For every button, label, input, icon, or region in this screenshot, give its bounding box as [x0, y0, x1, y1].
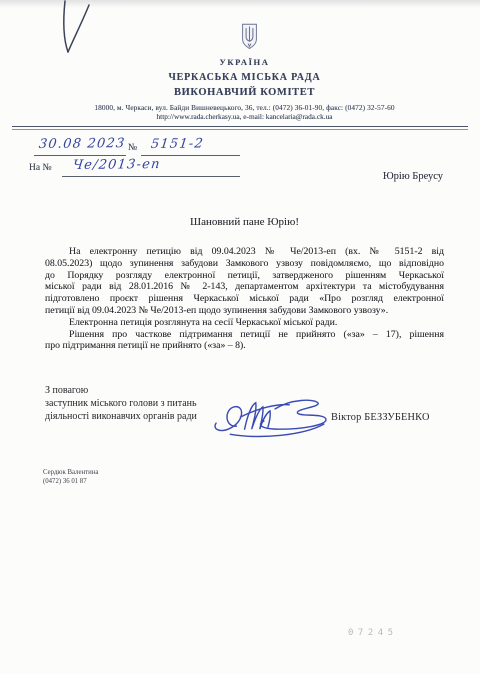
addressee-name: Юрію Бреусу	[383, 171, 443, 182]
body-line: міської ради від 28.01.2016 № 2-143, деп…	[45, 281, 444, 293]
executor-phone: (0472) 36 01 87	[43, 478, 87, 485]
executor-name: Сердюк Валентина	[43, 469, 98, 476]
handwritten-date: 30.08 2023	[38, 136, 126, 152]
date-underline	[34, 155, 126, 156]
body-line: до Порядку розгляду електронної петиції,…	[45, 270, 444, 282]
body-line: підготовлено проєкт рішення Черкаської м…	[45, 293, 444, 305]
body-line: петиції від 09.04.2023 № Че/2013-еп щодо…	[45, 305, 444, 317]
signature-scribble	[210, 392, 332, 442]
coat-of-arms-tryzub-icon	[241, 23, 258, 50]
body-line: Рішення про часткове підтримання петиції…	[45, 329, 444, 341]
salutation: Шановний пане Юрію!	[45, 216, 444, 228]
faint-stamp-digits: 07245	[348, 628, 398, 638]
body-line: На електронну петицію від 09.04.2023 № Ч…	[45, 246, 444, 258]
org-address-line: 18000, м. Черкаси, вул. Байди Вишневецьк…	[45, 103, 444, 112]
signatory-title-line1: заступник міського голови з питань	[45, 398, 197, 409]
body-line: 08.05.2023) щодо зупинення забудови Замк…	[45, 258, 444, 270]
body-line: про підтримання петиції не прийнято («за…	[45, 340, 444, 352]
org-contacts-line: http://www.rada.cherkasy.ua, e-mail: kan…	[45, 112, 444, 121]
header-divider	[12, 126, 468, 130]
closing-phrase: З повагою	[45, 385, 88, 396]
incoming-number-underline	[62, 176, 240, 177]
body-line: Електронна петиція розглянута на сесії Ч…	[45, 317, 444, 329]
handwritten-outgoing-number: 5151-2	[150, 136, 205, 152]
letter-body: На електронну петицію від 09.04.2023 № Ч…	[45, 246, 444, 352]
organization-name: ЧЕРКАСЬКА МІСЬКА РАДА	[45, 72, 444, 83]
scanned-letter-page: УКРАЇНА ЧЕРКАСЬКА МІСЬКА РАДА ВИКОНАВЧИЙ…	[0, 0, 480, 674]
number-sign-label: №	[128, 143, 137, 153]
signatory-name: Віктор БЕЗЗУБЕНКО	[331, 412, 430, 423]
handwritten-incoming-number: Че/2013-еп	[72, 157, 161, 173]
department-name: ВИКОНАВЧИЙ КОМІТЕТ	[45, 87, 444, 98]
signatory-title-line2: діяльності виконавчих органів ради	[45, 411, 197, 422]
outgoing-number-underline	[141, 155, 240, 156]
country-name: УКРАЇНА	[45, 57, 444, 67]
reply-to-label: На №	[29, 163, 52, 173]
pen-checkmark-icon	[55, 0, 95, 58]
